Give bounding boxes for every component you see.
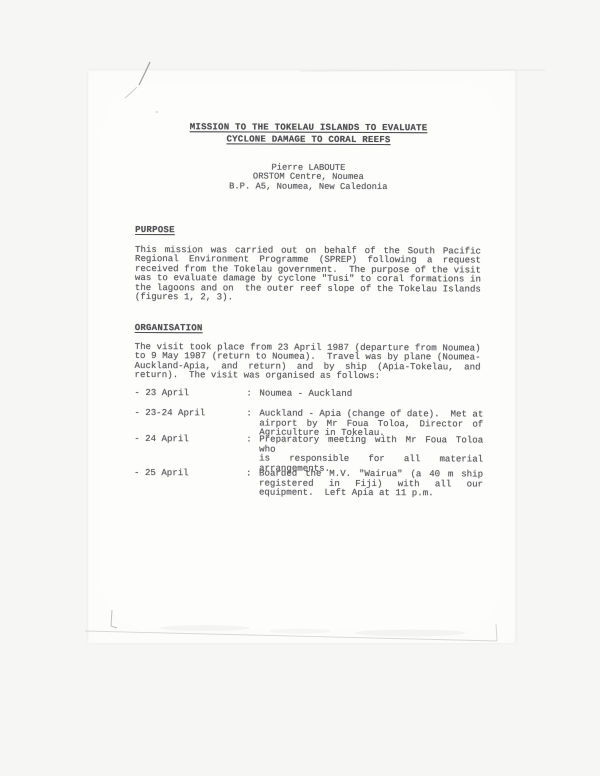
author-address: B.P. A5, Noumea, New Caledonia	[135, 182, 481, 193]
itinerary-separator: :	[246, 468, 259, 478]
itinerary-separator: :	[246, 434, 259, 444]
typewritten-content: MISSION TO THE TOKELAU ISLANDS TO EVALUA…	[0, 0, 600, 776]
organisation-paragraph: The visit took place from 23 April 1987 …	[134, 342, 480, 381]
purpose-paragraph: This mission was carried out on behalf o…	[135, 245, 481, 303]
document-title: MISSION TO THE TOKELAU ISLANDS TO EVALUA…	[136, 121, 482, 146]
scanned-document-page: MISSION TO THE TOKELAU ISLANDS TO EVALUA…	[0, 0, 600, 776]
purpose-heading: PURPOSE	[135, 224, 175, 235]
itinerary-entry: - 23 April : Noumea - Auckland	[134, 388, 483, 399]
itinerary-date: - 23 April	[134, 388, 246, 398]
title-text-2: CYCLONE DAMAGE TO CORAL REEFS	[226, 133, 390, 145]
organisation-heading: ORGANISATION	[135, 322, 203, 333]
author-block: Pierre LABOUTE ORSTOM Centre, Noumea B.P…	[135, 163, 481, 192]
itinerary-date: - 23-24 April	[134, 408, 246, 418]
title-text-1: MISSION TO THE TOKELAU ISLANDS TO EVALUA…	[190, 121, 428, 133]
itinerary-date: - 25 April	[134, 468, 246, 478]
itinerary-entry: - 25 April : Boarded the M.V. "Wairua" (…	[134, 468, 483, 498]
itinerary-detail: Noumea - Auckland	[259, 389, 483, 400]
text-line: Noumea - Auckland	[259, 389, 483, 400]
text-line: Preparatory meeting with Mr Foua Toloa w…	[259, 435, 483, 455]
title-line-2: CYCLONE DAMAGE TO CORAL REEFS	[136, 132, 482, 145]
itinerary-detail: Boarded the M.V. "Wairua" (a 40 m ship r…	[259, 469, 483, 499]
itinerary-separator: :	[246, 408, 259, 418]
itinerary-date: - 24 April	[134, 434, 246, 444]
itinerary-separator: :	[246, 388, 259, 398]
